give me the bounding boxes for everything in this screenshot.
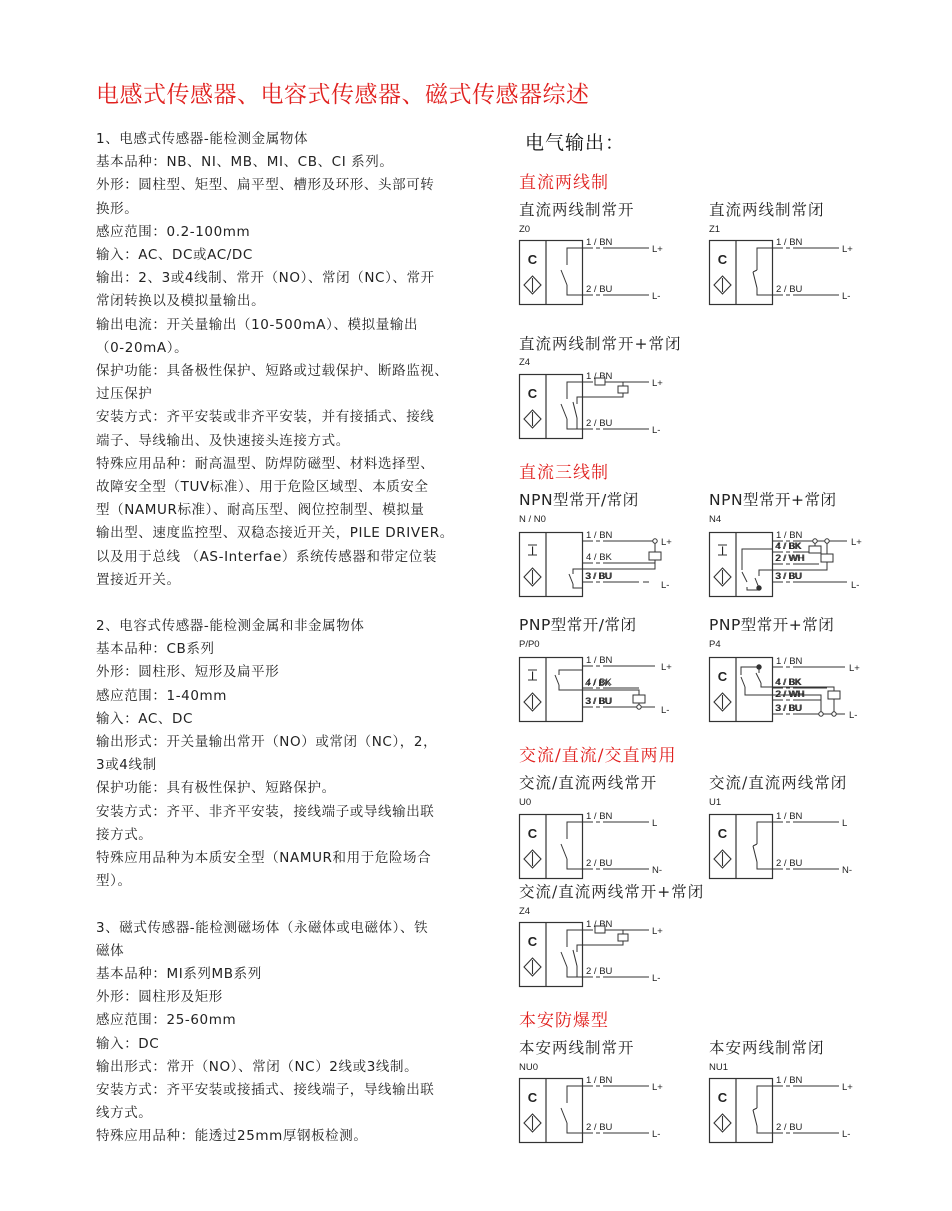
terminal-label: N-: [652, 865, 662, 876]
wire-label: 3 / BU: [775, 703, 802, 714]
terminal-label: L+: [652, 244, 663, 255]
wire-label: 2 / WH: [775, 689, 804, 700]
sensor-type-label: C: [718, 669, 728, 684]
wire-label: 4 / BK: [586, 552, 613, 563]
terminal-label: L-: [652, 973, 660, 984]
terminal-label: N-: [842, 865, 852, 876]
section-title-dc2: 直流两线制: [519, 168, 609, 193]
load-icon: [649, 552, 661, 560]
wiring-diagram-nu1: C1 / BN2 / BUL+L-: [709, 1078, 869, 1148]
wire-label: 2 / BU: [776, 284, 803, 295]
diagram-title-p4: PNP型常开+常闭: [709, 613, 834, 635]
proximity-symbol-icon: [524, 1114, 541, 1132]
wire-label: 2 / BU: [586, 418, 613, 429]
diagram-title-uz4: 交流/直流两线常开+常闭: [519, 880, 704, 902]
wire-label: 1 / BN: [586, 655, 613, 666]
electrical-output-title: 电气输出：: [525, 128, 625, 155]
wire-label: 1 / BN: [776, 1075, 803, 1086]
wiring-diagram-nu0: C1 / BN2 / BUL+L-: [519, 1078, 679, 1148]
diagram-code-uz4: Z4: [519, 906, 530, 917]
sensor-type-label: C: [718, 252, 728, 267]
load-icon: [618, 386, 628, 393]
wire-label: 3 / BU: [585, 571, 612, 582]
diagram-title-n0: NPN型常开/常闭: [519, 488, 639, 510]
wiring-diagram-u1: C1 / BN2 / BULN-: [709, 814, 869, 884]
diagram-code-nu0: NU0: [519, 1062, 538, 1073]
terminal-label: L-: [661, 580, 669, 591]
wire-label: 2 / BU: [586, 1122, 613, 1133]
wire-label: 1 / BN: [586, 1075, 613, 1086]
proximity-symbol-icon: [524, 958, 541, 976]
sensor-type-label: C: [718, 1090, 728, 1105]
wiring-diagram-p4: C1 / BN4 / BK2 / WH3 / BUL+L-4 / BK2 / W…: [709, 657, 869, 727]
wiring-diagram-z1: C1 / BN2 / BUL+L-: [709, 240, 869, 310]
right-column: 电气输出： 直流两线制 直流三线制 交流/直流/交直两用 本安防爆型 直流两线制…: [0, 0, 952, 1211]
sensor-type-label: I: [531, 669, 534, 683]
terminal-label: L-: [652, 425, 660, 436]
load-icon: [633, 695, 645, 703]
proximity-symbol-icon: [524, 850, 541, 868]
wire-label: 3 / BU: [585, 696, 612, 707]
terminal-label: L: [842, 818, 847, 829]
sensor-type-label: C: [718, 826, 728, 841]
terminal-label: L-: [842, 1129, 850, 1140]
terminal-label: L+: [652, 1082, 663, 1093]
sensor-type-label: I: [531, 544, 534, 558]
terminal-label: L-: [842, 291, 850, 302]
terminal-label: L+: [652, 926, 663, 937]
terminal-label: L: [652, 818, 657, 829]
section-title-exi: 本安防爆型: [519, 1006, 609, 1031]
wire-label: 4 / BK: [775, 541, 802, 552]
diagram-title-p0: PNP型常开/常闭: [519, 613, 637, 635]
diagram-title-u1: 交流/直流两线常闭: [709, 771, 847, 793]
wire-label: 2 / BU: [776, 1122, 803, 1133]
proximity-symbol-icon: [714, 568, 731, 586]
proximity-symbol-icon: [714, 276, 731, 294]
wiring-diagram-z4: C1 / BN2 / BUL+L-: [519, 374, 679, 444]
proximity-symbol-icon: [524, 276, 541, 294]
terminal-label: L-: [652, 291, 660, 302]
proximity-symbol-icon: [524, 693, 541, 711]
terminal-label: L-: [661, 705, 669, 716]
wire-label: 2 / BU: [586, 858, 613, 869]
load-icon: [828, 691, 840, 699]
wiring-diagram-n0: I1 / BN4 / BK3 / BUL+L-3 / BU: [519, 532, 679, 602]
diagram-title-z1: 直流两线制常闭: [709, 198, 825, 220]
diagram-code-z1: Z1: [709, 224, 720, 235]
wire-label: 1 / BN: [586, 237, 613, 248]
diagram-code-n4: N4: [709, 514, 721, 525]
load-icon: [618, 934, 628, 941]
diagram-code-u0: U0: [519, 797, 531, 808]
wire-label: 2 / BU: [586, 966, 613, 977]
terminal-label: L-: [849, 710, 857, 721]
sensor-type-label: C: [528, 934, 538, 949]
diagram-title-n4: NPN型常开+常闭: [709, 488, 837, 510]
sensor-type-label: C: [528, 252, 538, 267]
terminal-label: L+: [661, 537, 672, 548]
wire-label: 2 / WH: [775, 553, 804, 564]
terminal-label: L+: [652, 378, 663, 389]
proximity-symbol-icon: [524, 410, 541, 428]
load-icon: [595, 926, 605, 933]
wiring-diagram-p0: I1 / BN4 / BK3 / BUL+L-4 / BK3 / BU: [519, 657, 679, 727]
wire-label: 2 / BU: [586, 284, 613, 295]
wiring-diagram-uz4: C1 / BN2 / BUL+L-: [519, 922, 679, 992]
wire-label: 1 / BN: [776, 811, 803, 822]
load-icon: [809, 546, 821, 553]
proximity-symbol-icon: [714, 1114, 731, 1132]
wire-label: 1 / BN: [776, 237, 803, 248]
wire-label: 1 / BN: [776, 656, 803, 667]
section-title-dc3: 直流三线制: [519, 458, 609, 483]
diagram-title-nu0: 本安两线制常开: [519, 1036, 635, 1058]
diagram-title-z0: 直流两线制常开: [519, 198, 635, 220]
sensor-type-label: C: [528, 1090, 538, 1105]
terminal-label: L+: [842, 1082, 853, 1093]
proximity-symbol-icon: [714, 693, 731, 711]
wire-label: 1 / BN: [586, 811, 613, 822]
section-title-acdc: 交流/直流/交直两用: [519, 741, 676, 766]
diagram-code-p4: P4: [709, 639, 721, 650]
wiring-diagram-u0: C1 / BN2 / BULN-: [519, 814, 679, 884]
wire-label: 1 / BN: [776, 530, 803, 541]
diagram-title-u0: 交流/直流两线常开: [519, 771, 657, 793]
wiring-diagram-n4: I1 / BN4 / BK2 / WH3 / BUL+L-4 / BK2 / W…: [709, 532, 869, 602]
sensor-type-label: I: [721, 544, 724, 558]
terminal-label: L+: [851, 537, 862, 548]
diagram-code-u1: U1: [709, 797, 721, 808]
load-icon: [595, 378, 605, 385]
diagram-title-z4: 直流两线制常开+常闭: [519, 332, 682, 354]
wiring-diagram-z0: C1 / BN2 / BUL+L-: [519, 240, 679, 310]
diagram-code-n0: N / N0: [519, 514, 546, 525]
wire-label: 4 / BK: [775, 677, 802, 688]
terminal-label: L+: [849, 663, 860, 674]
terminal-label: L-: [652, 1129, 660, 1140]
wire-label: 3 / BU: [775, 571, 802, 582]
sensor-type-label: C: [528, 386, 538, 401]
wire-label: 4 / BK: [585, 678, 612, 689]
diagram-code-nu1: NU1: [709, 1062, 728, 1073]
diagram-code-z0: Z0: [519, 224, 530, 235]
wire-label: 2 / BU: [776, 858, 803, 869]
terminal-label: L-: [851, 580, 859, 591]
diagram-code-z4: Z4: [519, 357, 530, 368]
sensor-type-label: C: [528, 826, 538, 841]
proximity-symbol-icon: [524, 568, 541, 586]
wire-label: 1 / BN: [586, 530, 613, 541]
load-icon: [821, 554, 833, 562]
proximity-symbol-icon: [714, 850, 731, 868]
diagram-code-p0: P/P0: [519, 639, 540, 650]
terminal-label: L+: [842, 244, 853, 255]
diagram-title-nu1: 本安两线制常闭: [709, 1036, 825, 1058]
terminal-label: L+: [661, 662, 672, 673]
